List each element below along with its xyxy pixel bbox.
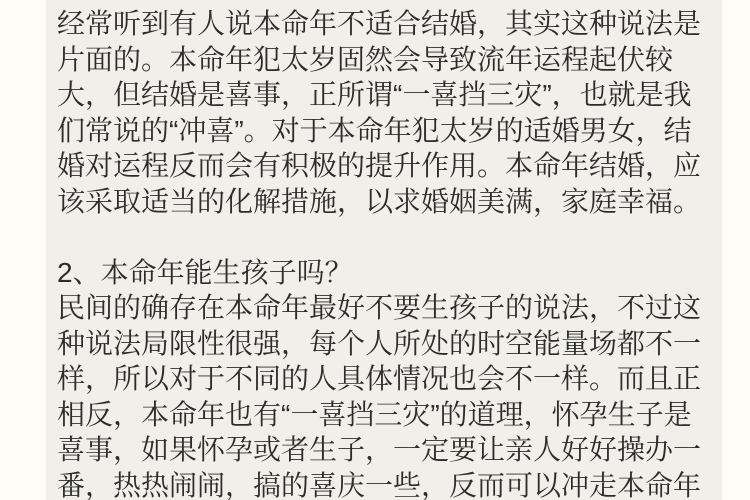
text-line: 番，热热闹闹，搞的喜庆一些，反而可以冲走本命年: [57, 468, 719, 500]
text-line: 相反，本命年也有“一喜挡三灾”的道理，怀孕生子是: [57, 397, 719, 433]
text-line: 喜事，如果怀孕或者生子，一定要让亲人好好操办一: [57, 432, 719, 468]
section-heading: 2、本命年能生孩子吗？: [57, 255, 719, 291]
text-line: 样，所以对于不同的人具体情况也会不一样。而且正: [57, 361, 719, 397]
text-line: 经常听到有人说本命年不适合结婚，其实这种说法是: [57, 6, 719, 42]
text-line: 大，但结婚是喜事，正所谓“一喜挡三灾”，也就是我: [57, 77, 719, 113]
text-line: 种说法局限性很强，每个人所处的时空能量场都不一: [57, 326, 719, 362]
text-photo-background: 经常听到有人说本命年不适合结婚，其实这种说法是 片面的。本命年犯太岁固然会导致流…: [46, 0, 722, 500]
text-line: 们常说的“冲喜”。对于本命年犯太岁的适婚男女，结: [57, 113, 719, 149]
text-line: 片面的。本命年犯太岁固然会导致流年运程起伏较: [57, 42, 719, 78]
article-text: 经常听到有人说本命年不适合结婚，其实这种说法是 片面的。本命年犯太岁固然会导致流…: [57, 6, 719, 500]
text-line: 民间的确存在本命年最好不要生孩子的说法，不过这: [57, 290, 719, 326]
text-line: 婚对运程反而会有积极的提升作用。本命年结婚，应: [57, 148, 719, 184]
page: { "page": { "colors": { "margin_backgrou…: [0, 0, 750, 500]
text-line: 该采取适当的化解措施，以求婚姻美满，家庭幸福。: [57, 184, 719, 220]
